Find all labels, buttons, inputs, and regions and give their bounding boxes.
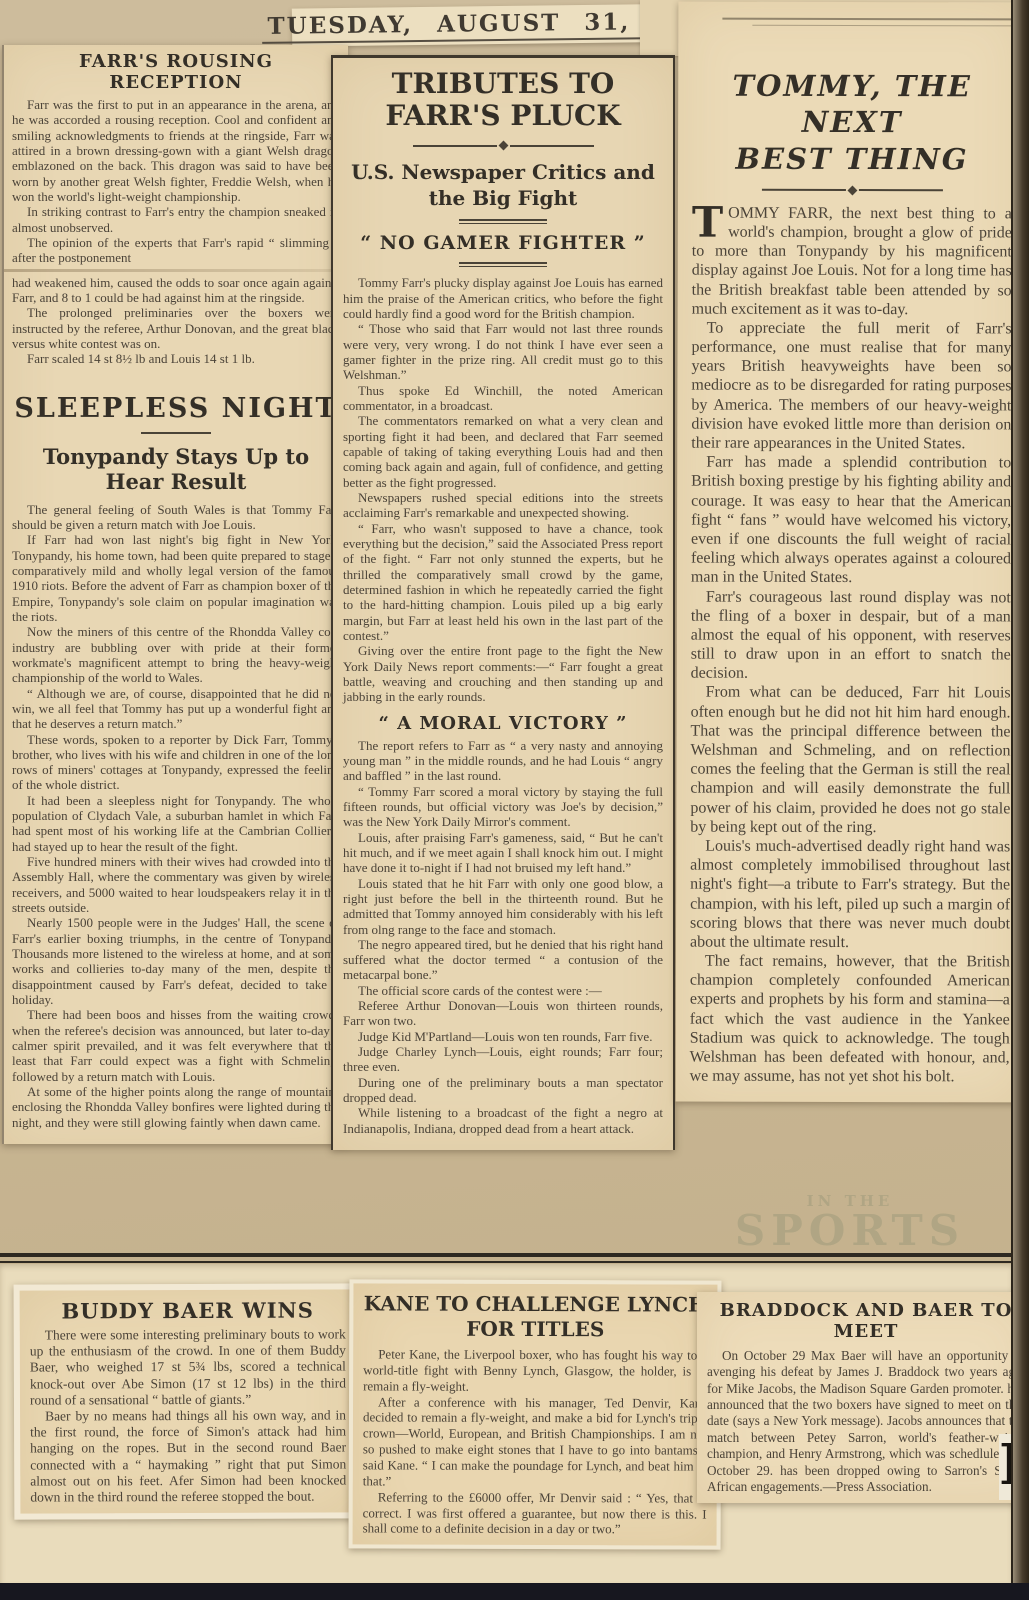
article-title: KANE TO CHALLENGE LYNCH FOR TITLES	[363, 1291, 707, 1342]
article-body: On October 29 Max Baer will have an oppo…	[707, 1348, 1025, 1495]
paragraph: Baer by no means had things all his own …	[30, 1407, 346, 1505]
paragraph: The opinion of the experts that Farr's r…	[12, 235, 340, 266]
article-kicker: “ NO GAMER FIGHTER ”	[343, 232, 663, 254]
paragraph: The prolonged preliminaries over the box…	[12, 305, 340, 351]
paragraph: Farr was the first to put in an appearan…	[12, 97, 340, 204]
scrapbook-page: TUESDAY, AUGUST 31, 1937. FARR'S ROUSING…	[0, 0, 1029, 1600]
divider-line	[761, 189, 845, 191]
article-title: BUDDY BAER WINS	[30, 1297, 346, 1323]
clipping-tommy-next-best: TOMMY, THE NEXT BEST THING TOMMY FARR, t…	[676, 2, 1027, 1103]
page-edge-right	[1011, 0, 1029, 1600]
paragraph: had weakened him, caused the odds to soa…	[12, 275, 340, 306]
headline-rule	[459, 262, 547, 267]
diamond-divider	[343, 142, 663, 149]
paragraph: Louis's much-advertised deadly right han…	[690, 837, 1010, 953]
paragraph: Farr has made a splendid contribution to…	[691, 453, 1011, 588]
title-line-2: BEST THING	[735, 141, 968, 176]
article-subtitle: U.S. Newspaper Critics and the Big Fight	[343, 159, 663, 211]
paragraph: The negro appeared tired, but he denied …	[343, 937, 663, 983]
show-through-line: SPORTS	[700, 1210, 1000, 1252]
article-title: FARR'S ROUSING RECEPTION	[12, 51, 340, 93]
paragraph: These words, spoken to a reporter by Dic…	[12, 732, 340, 793]
paragraph: “ Although we are, of course, disappoint…	[12, 686, 340, 732]
diamond-icon	[498, 141, 508, 151]
paragraph: To appreciate the full merit of Farr's p…	[691, 318, 1011, 453]
paragraph: Louis, after praising Farr's gameness, s…	[343, 830, 663, 876]
section-subhead: “ A MORAL VICTORY ”	[343, 713, 663, 734]
paragraph: Judge Charley Lynch—Louis, eight rounds;…	[343, 1044, 663, 1075]
clipping-seam	[4, 269, 348, 272]
page-edge-bottom	[0, 1583, 1029, 1600]
paragraph: The report refers to Farr as “ a very na…	[343, 738, 663, 784]
paragraph: On October 29 Max Baer will have an oppo…	[707, 1348, 1025, 1495]
article-body: The general feeling of South Wales is th…	[12, 502, 340, 1130]
divider-line	[858, 189, 942, 191]
clipping-kane-lynch: KANE TO CHALLENGE LYNCH FOR TITLES Peter…	[349, 1279, 722, 1550]
article-subtitle: Tonypandy Stays Up to Hear Result	[12, 444, 340, 494]
article-title: TRIBUTES TO FARR'S PLUCK	[343, 68, 663, 132]
headline-rule	[141, 432, 211, 434]
double-rule	[0, 1253, 1029, 1263]
paragraph: Farr's courageous last round display was…	[691, 587, 1011, 684]
clipping-edge-line	[722, 18, 1024, 21]
paragraph: From what can be deduced, Farr hit Louis…	[690, 683, 1010, 837]
article-title: TOMMY, THE NEXT BEST THING	[692, 68, 1012, 178]
paragraph: The general feeling of South Wales is th…	[12, 502, 340, 533]
diamond-icon	[847, 185, 857, 195]
paragraph: Five hundred miners with their wives had…	[12, 854, 340, 915]
clipping-buddy-baer: BUDDY BAER WINS There were some interest…	[14, 1283, 363, 1519]
article-body: Peter Kane, the Liverpool boxer, who has…	[363, 1346, 708, 1538]
paragraph: In striking contrast to Farr's entry the…	[12, 204, 340, 235]
paragraph: If Farr had won last night's big fight i…	[12, 532, 340, 624]
paragraph: Newspapers rushed special editions into …	[343, 490, 663, 521]
paragraph: “ Farr, who wasn't supposed to have a ch…	[343, 521, 663, 644]
paragraph: Referring to the £6000 offer, Mr Denvir …	[363, 1489, 707, 1538]
lead-paragraph: TOMMY FARR, the next best thing to a wor…	[692, 203, 1012, 319]
divider-line	[510, 145, 594, 147]
paragraph: Farr scaled 14 st 8½ lb and Louis 14 st …	[12, 351, 340, 366]
paragraph: After a conference with his manager, Ted…	[363, 1394, 707, 1490]
paragraph: Tommy Farr's plucky display against Joe …	[343, 275, 663, 321]
clipping-braddock-baer: BRADDOCK AND BAER TO MEET On October 29 …	[697, 1292, 1029, 1503]
paragraph: “ Those who said that Farr would not las…	[343, 321, 663, 382]
diamond-divider	[692, 186, 1012, 194]
paragraph: There were some interesting preliminary …	[30, 1326, 346, 1408]
drop-cap: T	[692, 203, 728, 238]
show-through-line: IN THE	[700, 1192, 1000, 1210]
paragraph: The fact remains, however, that the Brit…	[690, 952, 1010, 1087]
paragraph: Louis stated that he hit Farr with only …	[343, 876, 663, 937]
article-body: TOMMY FARR, the next best thing to a wor…	[690, 203, 1012, 1086]
headline-rule	[459, 219, 547, 224]
clipping-edge-lines	[692, 10, 1012, 69]
paragraph: At some of the higher points along the r…	[12, 1084, 340, 1130]
article-body: There were some interesting preliminary …	[30, 1326, 347, 1505]
paragraph: “ Tommy Farr scored a moral victory by s…	[343, 784, 663, 830]
paragraph: The commentators remarked on what a very…	[343, 413, 663, 490]
paragraph: Giving over the entire front page to the…	[343, 643, 663, 704]
paragraph: Nearly 1500 people were in the Judges' H…	[12, 915, 340, 1007]
show-through-text: IN THE SPORTS	[700, 1192, 1000, 1252]
paragraph: Peter Kane, the Liverpool boxer, who has…	[363, 1346, 707, 1395]
article-title: BRADDOCK AND BAER TO MEET	[707, 1300, 1025, 1342]
article-body: The report refers to Farr as “ a very na…	[343, 738, 663, 1137]
paragraph: The official score cards of the contest …	[343, 983, 663, 998]
paragraph: While listening to a broadcast of the fi…	[343, 1105, 663, 1136]
article-body: Tommy Farr's plucky display against Joe …	[343, 275, 663, 704]
title-line-1: TOMMY, THE NEXT	[733, 69, 972, 140]
paragraph: It had been a sleepless night for Tonypa…	[12, 793, 340, 854]
paragraph: Judge Kid M'Partland—Louis won ten round…	[343, 1029, 663, 1044]
paragraph: There had been boos and hisses from the …	[12, 1007, 340, 1084]
article-body: Farr was the first to put in an appearan…	[12, 97, 340, 367]
paragraph: Thus spoke Ed Winchill, the noted Americ…	[343, 383, 663, 414]
lead-text: OMMY FARR, the next best thing to a worl…	[692, 204, 1012, 317]
paragraph: Referee Arthur Donovan—Louis won thirtee…	[343, 998, 663, 1029]
clipping-farr-reception: FARR'S ROUSING RECEPTION Farr was the fi…	[2, 45, 348, 1144]
article-title: SLEEPLESS NIGHT	[12, 393, 340, 424]
divider-line	[413, 145, 497, 147]
clipping-edge-line	[752, 25, 1024, 27]
clipping-tributes: TRIBUTES TO FARR'S PLUCK U.S. Newspaper …	[331, 55, 675, 1150]
paragraph: During one of the preliminary bouts a ma…	[343, 1075, 663, 1106]
paragraph: Now the miners of this centre of the Rho…	[12, 624, 340, 685]
